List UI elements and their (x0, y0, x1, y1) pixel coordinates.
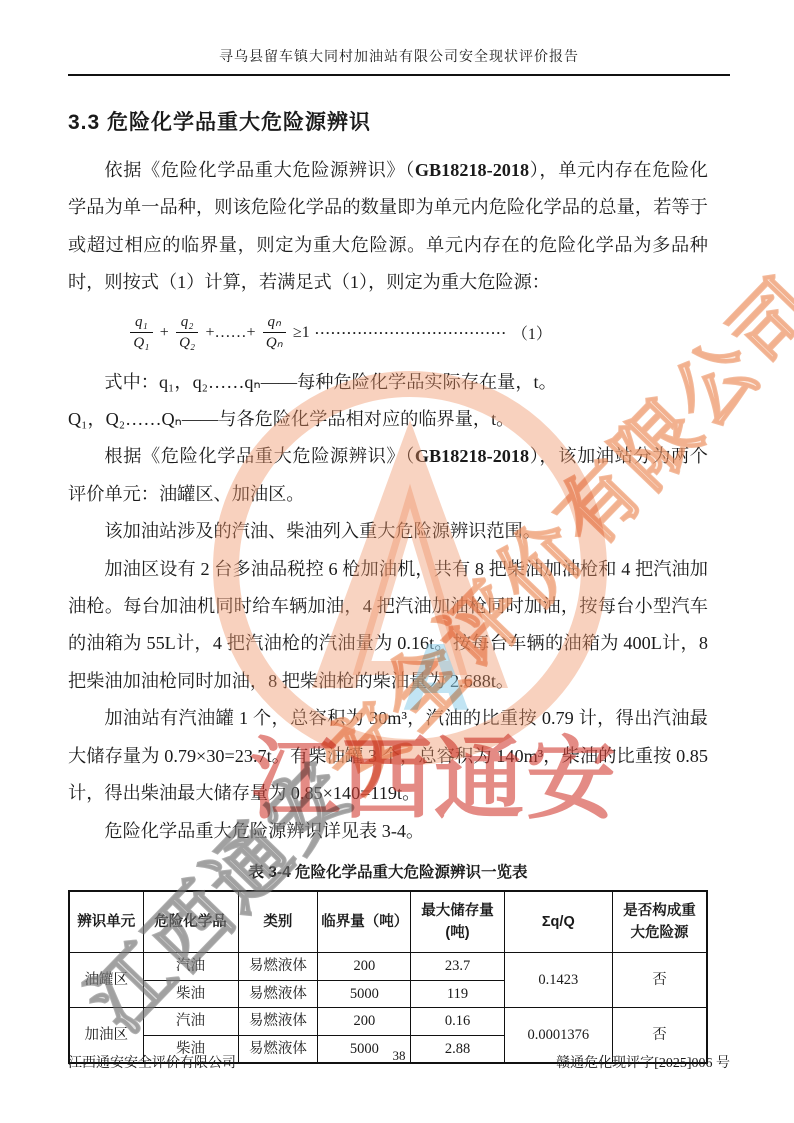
body-cell: 200 (318, 1008, 411, 1035)
formula-1: q₁ Q₁ + q₂ Q₂ +……+ qₙ Qₙ ≥1 ············… (68, 302, 708, 364)
header-cell-major-source: 是否构成重大危险源 (613, 891, 707, 953)
paragraph-where-q: 式中：q₁，q₂……qₙ——每种危险化学品实际存在量，t。 (68, 364, 708, 401)
body-cell: 200 (318, 953, 411, 980)
page-footer: 江西通安安全评价有限公司 38 赣通危化现评字[2025]006 号 (68, 1052, 730, 1072)
fraction-denominator: Q₁ (133, 333, 149, 352)
report-page: 寻乌县留车镇大同村加油站有限公司安全现状评价报告 3.3 危险化学品重大危险源辨… (0, 0, 794, 1123)
header-cell-threshold: 临界量（吨） (318, 891, 411, 953)
body-cell: 5000 (318, 980, 411, 1007)
fraction-denominator: Qₙ (266, 333, 283, 352)
paragraph-basis: 依据《危险化学品重大危险源辨识》（GB18218-2018），单元内存在危险化学… (68, 152, 708, 302)
fraction-term: q₂ Q₂ (176, 313, 199, 352)
body-cell: 汽油 (143, 953, 238, 980)
paragraph-dispensers: 加油区设有 2 台多油品税控 6 枪加油机，共有 8 把柴油加油枪和 4 把汽油… (68, 551, 708, 701)
body-cell-sigma: 0.1423 (504, 953, 612, 1008)
dot-leader: ···································· (315, 325, 507, 341)
table-row: 油罐区 汽油 易燃液体 200 23.7 0.1423 否 (69, 953, 707, 980)
fraction-denominator: Q₂ (179, 333, 195, 352)
table-header-row: 辨识单元 危险化学品 类别 临界量（吨） 最大储存量(吨) Σq/Q 是否构成重… (69, 891, 707, 953)
header-cell-chemical: 危险化学品 (143, 891, 238, 953)
ellipsis-operator: +……+ (205, 324, 255, 342)
paragraph-text: 根据《危险化学品重大危险源辨识》（ (104, 446, 415, 466)
paragraph-scope: 该加油站涉及的汽油、柴油列入重大危险源辨识范围。 (68, 513, 708, 550)
body-cell: 柴油 (143, 980, 238, 1007)
standard-code: GB18218-2018 (415, 446, 529, 466)
page-number: 38 (68, 1048, 730, 1064)
header-cell-max-storage: 最大储存量(吨) (411, 891, 504, 953)
body-cell: 易燃液体 (238, 953, 318, 980)
document-body: 3.3 危险化学品重大危险源辨识 依据《危险化学品重大危险源辨识》（GB1821… (68, 106, 708, 1064)
equation-number: （1） (512, 321, 552, 344)
fraction-numerator: qₙ (263, 313, 286, 333)
header-cell-category: 类别 (238, 891, 318, 953)
body-cell: 119 (411, 980, 504, 1007)
fraction-numerator: q₂ (176, 313, 199, 333)
body-cell-unit: 油罐区 (69, 953, 143, 1008)
body-cell-major: 否 (613, 953, 707, 1008)
paragraph-text: 依据《危险化学品重大危险源辨识》（ (104, 160, 415, 180)
fraction-numerator: q₁ (130, 313, 153, 333)
standard-code: GB18218-2018 (415, 160, 529, 180)
fraction-term: qₙ Qₙ (263, 313, 286, 352)
fraction-term: q₁ Q₁ (130, 313, 153, 352)
body-cell: 易燃液体 (238, 980, 318, 1007)
table-title: 表 3-4 危险化学品重大危险源辨识一览表 (68, 860, 708, 882)
paragraph-units: 根据《危险化学品重大危险源辨识》（GB18218-2018），该加油站分为两个评… (68, 438, 708, 513)
paragraph-tanks: 加油站有汽油罐 1 个，总容积为 30m³，汽油的比重按 0.79 计，得出汽油… (68, 700, 708, 812)
body-cell: 易燃液体 (238, 1008, 318, 1035)
geq-one: ≥1 (293, 324, 310, 342)
paragraph-see-table: 危险化学品重大危险源辨识详见表 3-4。 (68, 813, 708, 850)
hazard-identification-table: 辨识单元 危险化学品 类别 临界量（吨） 最大储存量(吨) Σq/Q 是否构成重… (68, 890, 708, 1064)
paragraph-where-Q: Q₁，Q₂……Qₙ——与各危险化学品相对应的临界量，t。 (68, 401, 708, 438)
header-cell-unit: 辨识单元 (69, 891, 143, 953)
body-cell: 23.7 (411, 953, 504, 980)
header-cell-sigma: Σq/Q (504, 891, 612, 953)
body-cell: 0.16 (411, 1008, 504, 1035)
page-header-title: 寻乌县留车镇大同村加油站有限公司安全现状评价报告 (68, 46, 730, 76)
body-cell: 汽油 (143, 1008, 238, 1035)
plus-operator: + (160, 324, 169, 342)
section-heading: 3.3 危险化学品重大危险源辨识 (68, 106, 708, 136)
table-row: 加油区 汽油 易燃液体 200 0.16 0.0001376 否 (69, 1008, 707, 1035)
